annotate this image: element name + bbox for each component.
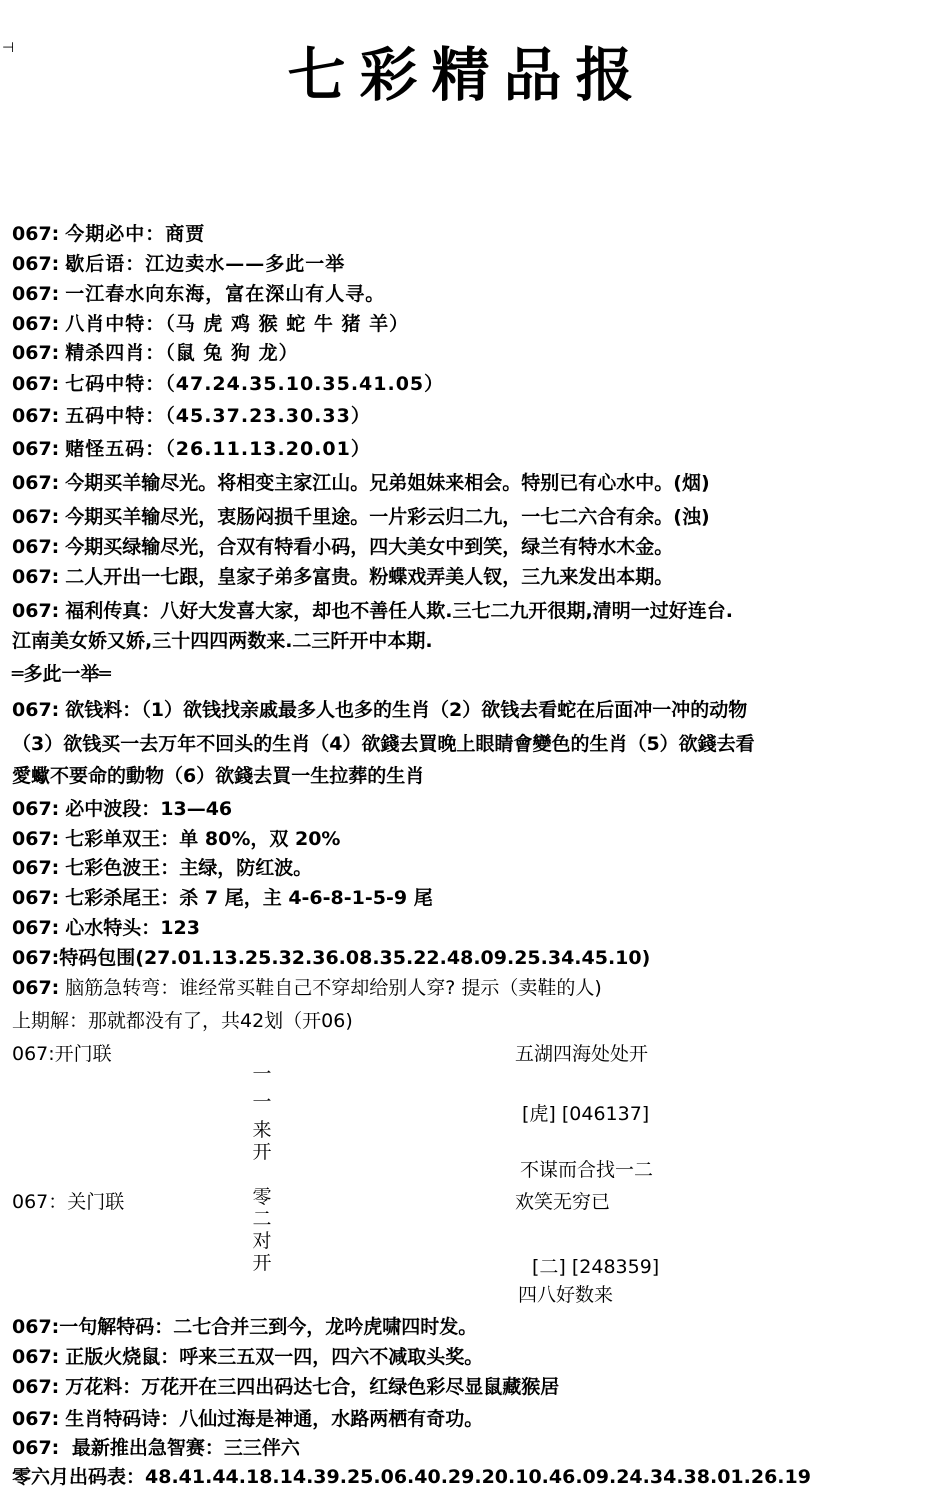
- vertical-char: 来: [250, 1119, 274, 1141]
- line-text: 愛蠍不要命的動物（6）欲錢去買一生拉葬的生肖: [12, 765, 424, 787]
- issue-prefix: 067:: [12, 917, 59, 939]
- line-text: 上期解：那就都没有了，共42划（开06): [12, 1010, 353, 1032]
- line-text: 江南美女娇又娇,三十四四两数来.二三阡开中本期.: [12, 630, 433, 652]
- line-riddle-3: 愛蠍不要命的動物（6）欲錢去買一生拉葬的生肖: [12, 764, 424, 788]
- issue-prefix: 067:: [12, 536, 59, 558]
- line-xiehouyu: 067:歇后语：江边卖水——多此一举: [12, 252, 345, 276]
- issue-prefix: 067:: [12, 699, 59, 721]
- line-text: 歇后语：江边卖水——多此一举: [65, 253, 345, 275]
- issue-prefix: 067:: [12, 1376, 59, 1398]
- vertical-char: 开: [250, 1252, 274, 1274]
- open-couplet-line-1: 五湖四海处处开: [515, 1042, 648, 1066]
- line-text: 特码包围(27.01.13.25.32.36.08.35.22.48.09.25…: [59, 947, 650, 969]
- line-quick-wit: 067: 最新推出急智赛：三三伴六: [12, 1436, 300, 1460]
- line-text: 二人开出一七跟，皇家子弟多富贵。粉蝶戏弄美人钗，三九来发出本期。: [65, 566, 673, 588]
- line-sheep-1: 067:今期买羊输尽光。将相变主家江山。兄弟姐妹来相会。特别已有心水中。(烟): [12, 471, 710, 495]
- line-text: 万花料：万花开在三四出码达七合，红绿色彩尽显鼠藏猴居: [65, 1376, 559, 1398]
- line-text: 今期买羊输尽光。将相变主家江山。兄弟姐妹来相会。特别已有心水中。(烟): [65, 472, 709, 494]
- issue-prefix: 067:: [12, 438, 59, 460]
- vertical-char: 开: [250, 1141, 274, 1163]
- line-text: 精杀四肖：（鼠 兔 狗 龙）: [65, 342, 298, 364]
- line-text: 七码中特：（47.24.35.10.35.41.05）: [65, 373, 444, 395]
- line-text: 生肖特码诗：八仙过海是神通，水路两栖有奇功。: [65, 1408, 483, 1430]
- line-flower-material: 067:万花料：万花开在三四出码达七合，红绿色彩尽显鼠藏猴居: [12, 1375, 559, 1399]
- line-special-codes: 067:特码包围(27.01.13.25.32.36.08.35.22.48.0…: [12, 946, 650, 970]
- line-welfare-fax-cont: 江南美女娇又娇,三十四四两数来.二三阡开中本期.: [12, 629, 433, 653]
- line-heart-head: 067:心水特头：123: [12, 916, 200, 940]
- line-green: 067:今期买绿输尽光，合双有特看小码，四大美女中到笑，绿兰有特水木金。: [12, 535, 673, 559]
- line-kill-four: 067:精杀四肖：（鼠 兔 狗 龙）: [12, 341, 299, 365]
- issue-prefix: 067:: [12, 798, 59, 820]
- line-fire-rat: 067:正版火烧鼠：呼来三五双一四，四六不减取头奖。: [12, 1345, 483, 1369]
- line-gambler-five: 067:赌怪五码：（26.11.13.20.01）: [12, 437, 371, 461]
- open-couplet-label: 067:开门联: [12, 1042, 112, 1066]
- line-text: 七彩杀尾王：杀 7 尾，主 4-6-8-1-5-9 尾: [65, 887, 432, 909]
- close-couplet-code: [二] [248359]: [532, 1255, 659, 1279]
- line-text: 一句解特码：二七合并三到今，龙吟虎啸四时发。: [59, 1316, 477, 1338]
- line-text: 七彩单双王：单 80%，双 20%: [65, 828, 340, 850]
- vertical-char: 零: [250, 1186, 274, 1208]
- close-couplet-line-2: 四八好数来: [518, 1283, 613, 1307]
- vertical-char: 一: [250, 1091, 274, 1113]
- close-couplet-vertical: 零 二 对 开: [250, 1186, 274, 1274]
- issue-prefix: 067:: [12, 566, 59, 588]
- line-text: （3）欲钱买一去万年不回头的生肖（4）欲錢去買晚上眼睛會變色的生肖（5）欲錢去看: [12, 733, 755, 755]
- close-couplet-label: 067：关门联: [12, 1190, 124, 1214]
- issue-prefix: 067:: [12, 373, 59, 395]
- line-two-people: 067:二人开出一七跟，皇家子弟多富贵。粉蝶戏弄美人钗，三九来发出本期。: [12, 565, 673, 589]
- line-text: 今期必中：商贾: [65, 223, 205, 245]
- line-zodiac-poem: 067:生肖特码诗：八仙过海是神通，水路两栖有奇功。: [12, 1407, 483, 1431]
- issue-prefix: 067:: [12, 977, 59, 999]
- line-text: 赌怪五码：（26.11.13.20.01）: [65, 438, 371, 460]
- line-text: 七彩色波王：主绿，防红波。: [65, 857, 312, 879]
- issue-prefix: 067:: [12, 947, 59, 969]
- issue-prefix: 067:: [12, 405, 59, 427]
- line-must-win: 067:今期必中：商贾: [12, 222, 205, 246]
- line-text: 八肖中特：（马 虎 鸡 猴 蛇 牛 猪 羊）: [65, 313, 409, 335]
- line-seven-codes: 067:七码中特：（47.24.35.10.35.41.05）: [12, 372, 444, 396]
- vertical-char: 二: [250, 1208, 274, 1230]
- issue-prefix: 067:: [12, 506, 59, 528]
- issue-prefix: 067:: [12, 857, 59, 879]
- issue-prefix: 067:: [12, 283, 59, 305]
- line-june-results: 零六月出码表：48.41.44.18.14.39.25.06.40.29.20.…: [12, 1465, 811, 1489]
- page-title: 七彩精品报: [0, 28, 935, 112]
- line-kill-tail: 067:七彩杀尾王：杀 7 尾，主 4-6-8-1-5-9 尾: [12, 886, 433, 910]
- close-couplet-line-1: 欢笑无穷已: [515, 1190, 610, 1214]
- line-text: 心水特头：123: [65, 917, 200, 939]
- line-eight-zodiac: 067:八肖中特：（马 虎 鸡 猴 蛇 牛 猪 羊）: [12, 312, 409, 336]
- issue-prefix: 067:: [12, 600, 59, 622]
- issue-prefix: 067:: [12, 313, 59, 335]
- line-riddle-1: 067:欲钱料：（1）欲钱找亲戚最多人也多的生肖（2）欲钱去看蛇在后面冲一冲的动…: [12, 698, 747, 722]
- section-heading: ═多此一举═: [12, 662, 111, 686]
- line-poem: 067:一江春水向东海，富在深山有人寻。: [12, 282, 385, 306]
- issue-prefix: 067:: [12, 342, 59, 364]
- issue-prefix: 067:: [12, 1346, 59, 1368]
- line-text: 必中波段：13—46: [65, 798, 232, 820]
- open-couplet-vertical: 一 一 来 开: [250, 1063, 274, 1163]
- line-text: 福利传真：八好大发喜大家，却也不善任人欺.三七二九开很期,清明一过好连台.: [65, 600, 733, 622]
- line-text: 脑筋急转弯：谁经常买鞋自己不穿却给别人穿? 提示（卖鞋的人): [65, 977, 602, 999]
- line-text: 零六月出码表：48.41.44.18.14.39.25.06.40.29.20.…: [12, 1466, 811, 1488]
- line-text: 正版火烧鼠：呼来三五双一四，四六不减取头奖。: [65, 1346, 483, 1368]
- issue-prefix: 067:: [12, 253, 59, 275]
- line-text: 一江春水向东海，富在深山有人寻。: [65, 283, 385, 305]
- vertical-char: 对: [250, 1230, 274, 1252]
- issue-prefix: 067:: [12, 1437, 59, 1459]
- line-sheep-2: 067:今期买羊输尽光，衷肠闷损千里途。一片彩云归二九，一七二六合有余。(浊): [12, 505, 710, 529]
- line-text: 欲钱料：（1）欲钱找亲戚最多人也多的生肖（2）欲钱去看蛇在后面冲一冲的动物: [65, 699, 747, 721]
- line-one-sentence: 067:一句解特码：二七合并三到今，龙吟虎啸四时发。: [12, 1315, 477, 1339]
- line-text: 今期买绿输尽光，合双有特看小码，四大美女中到笑，绿兰有特水木金。: [65, 536, 673, 558]
- vertical-char: 一: [250, 1063, 274, 1085]
- issue-prefix: 067:: [12, 887, 59, 909]
- issue-prefix: 067:: [12, 1316, 59, 1338]
- open-couplet-code: [虎] [046137]: [522, 1102, 649, 1126]
- line-brain-teaser: 067:脑筋急转弯：谁经常买鞋自己不穿却给别人穿? 提示（卖鞋的人): [12, 976, 602, 1000]
- line-riddle-2: （3）欲钱买一去万年不回头的生肖（4）欲錢去買晚上眼睛會變色的生肖（5）欲錢去看: [12, 732, 755, 756]
- line-welfare-fax: 067:福利传真：八好大发喜大家，却也不善任人欺.三七二九开很期,清明一过好连台…: [12, 599, 733, 623]
- open-couplet-line-2: 不谋而合找一二: [520, 1158, 653, 1182]
- line-odd-even: 067:七彩单双王：单 80%，双 20%: [12, 827, 340, 851]
- line-last-answer: 上期解：那就都没有了，共42划（开06): [12, 1009, 353, 1033]
- line-wave-segment: 067:必中波段：13—46: [12, 797, 232, 821]
- issue-prefix: 067:: [12, 472, 59, 494]
- issue-prefix: 067:: [12, 223, 59, 245]
- issue-prefix: 067:: [12, 828, 59, 850]
- line-five-codes: 067:五码中特：（45.37.23.30.33）: [12, 404, 371, 428]
- line-text: 今期买羊输尽光，衷肠闷损千里途。一片彩云归二九，一七二六合有余。(浊): [65, 506, 709, 528]
- issue-prefix: 067:: [12, 1408, 59, 1430]
- line-color-wave: 067:七彩色波王：主绿，防红波。: [12, 856, 312, 880]
- line-text: 最新推出急智赛：三三伴六: [65, 1437, 300, 1459]
- line-text: ═多此一举═: [12, 663, 111, 685]
- line-text: 五码中特：（45.37.23.30.33）: [65, 405, 371, 427]
